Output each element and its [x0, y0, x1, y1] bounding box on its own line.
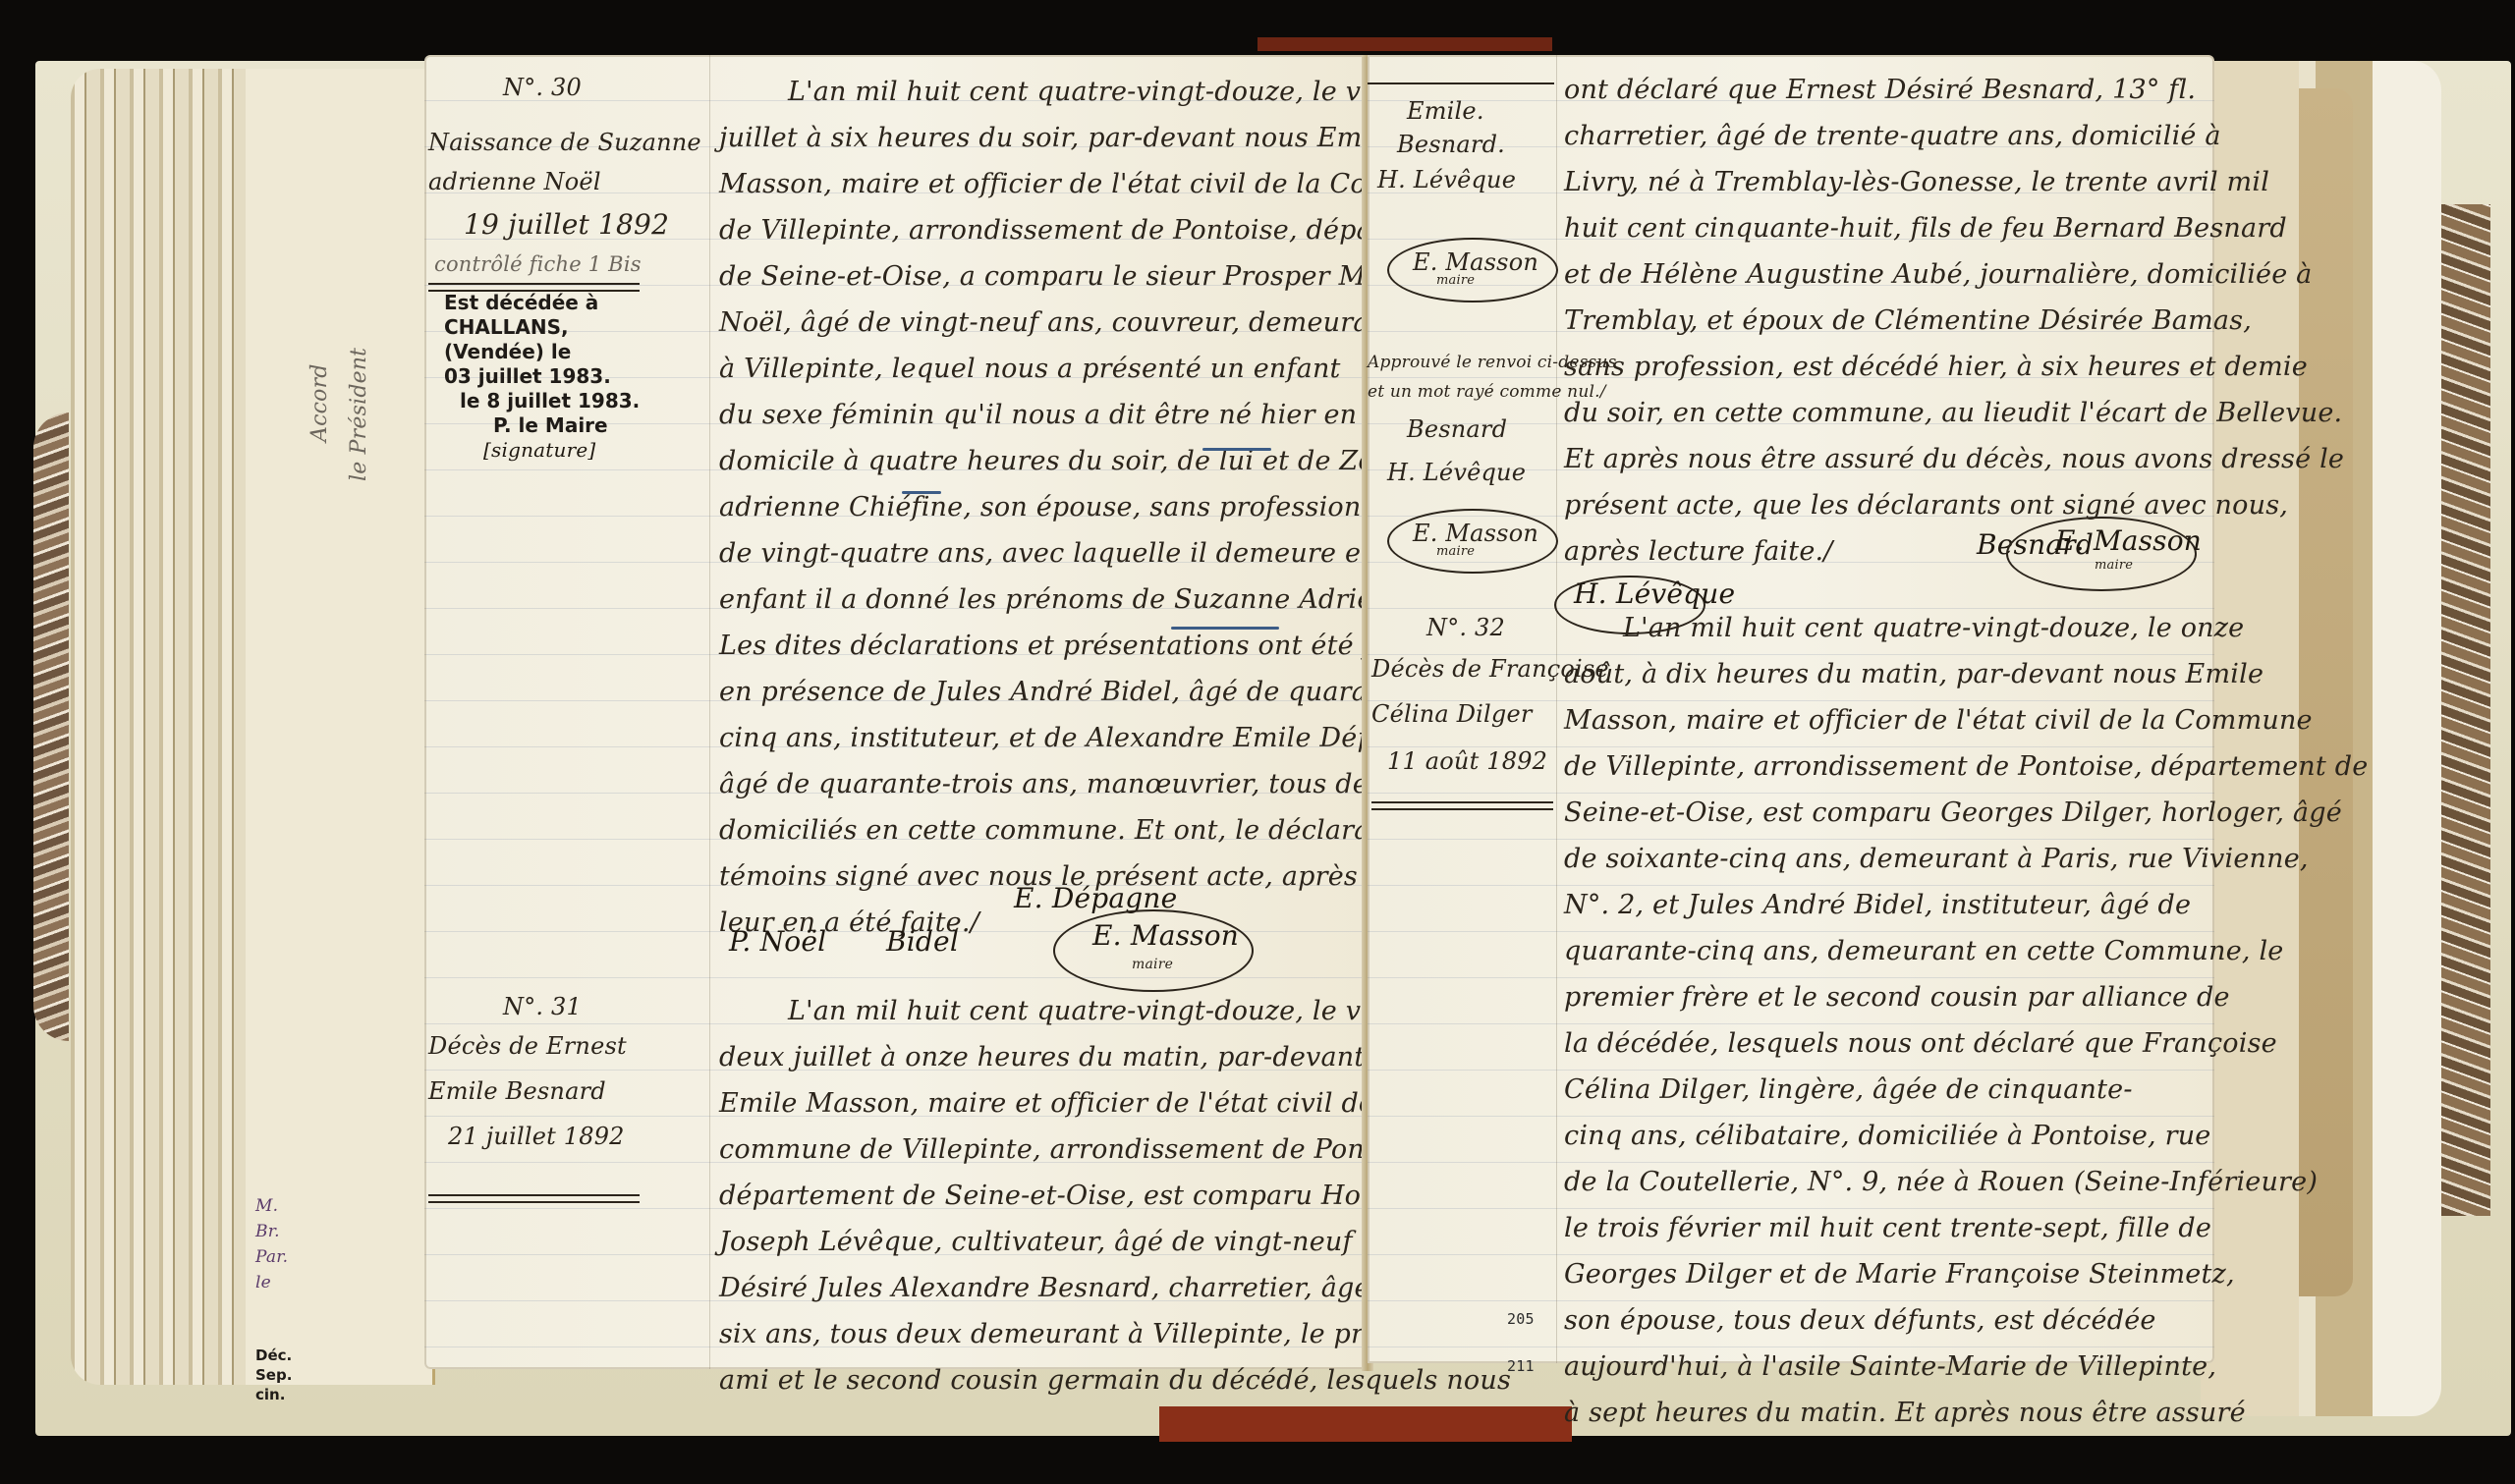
scanned-register: Accord le Président M. Br. Par. le Déc. …: [0, 0, 2515, 1484]
act-line: Livry, né à Tremblay-lès-Gonesse, le tre…: [1564, 159, 2344, 205]
tab-note-line: Par.: [255, 1244, 288, 1270]
death-mention-line: (Vendée) le: [444, 340, 640, 364]
act-line: son épouse, tous deux défunts, est décéd…: [1564, 1297, 2368, 1344]
act-line: du soir, en cette commune, au lieudit l'…: [1564, 390, 2344, 436]
act-line: huit cent cinquante-huit, fils de feu Be…: [1564, 205, 2344, 251]
spine-bottom: [1159, 1406, 1572, 1442]
act-line: Et après nous être assuré du décès, nous…: [1564, 436, 2344, 482]
act-32-date: 11 août 1892: [1387, 741, 1547, 782]
act-line: premier frère et le second cousin par al…: [1564, 974, 2368, 1020]
tab-note-line: Déc.: [255, 1346, 292, 1365]
margin-signature-masson: E. Masson: [1413, 242, 1538, 283]
act-line: sans profession, est décédé hier, à six …: [1564, 344, 2344, 390]
signature-maire-label: maire: [2095, 558, 2133, 573]
page-number-stamp-lower: 211: [1507, 1357, 1535, 1375]
act-line: la décédée, lesquels nous ont déclaré qu…: [1564, 1020, 2368, 1067]
act-30-control-note: contrôlé fiche 1 Bis: [434, 244, 642, 285]
act-line: L'an mil huit cent quatre-vingt-douze, l…: [1564, 605, 2368, 651]
act-30-date: 19 juillet 1892: [464, 204, 669, 246]
act-line: cinq ans, célibataire, domiciliée à Pont…: [1564, 1113, 2368, 1159]
act-30-title-line2: adrienne Noël: [428, 161, 601, 202]
act-line: Masson, maire et officier de l'état civi…: [1564, 697, 2368, 743]
pencil-note-2: le Président: [339, 348, 380, 481]
margin-rule: [709, 55, 710, 1369]
tab-note-line: Sep.: [255, 1365, 292, 1385]
signature-masson: E. Masson: [2055, 524, 2202, 557]
act-30-title-line1: Naissance de Suzanne: [428, 122, 701, 163]
blue-pencil-mark: [902, 491, 941, 494]
act-line: Célina Dilger, lingère, âgée de cinquant…: [1564, 1067, 2368, 1113]
previous-page-edge: Accord le Président M. Br. Par. le Déc. …: [246, 69, 435, 1385]
act-line: après lecture faite./: [1564, 528, 2344, 575]
act-line: présent acte, que les déclarants ont sig…: [1564, 482, 2344, 528]
act-line: de soixante-cinq ans, demeurant à Paris,…: [1564, 836, 2368, 882]
death-mention-line: 03 juillet 1983.: [444, 364, 640, 389]
tab-note-line: cin.: [255, 1385, 292, 1404]
act-32-number: N°. 32: [1426, 607, 1505, 648]
act-line: Tremblay, et époux de Clémentine Désirée…: [1564, 298, 2344, 344]
act-line: août, à dix heures du matin, par-devant …: [1564, 651, 2368, 697]
marbled-endpaper-right: [2441, 204, 2490, 1216]
act-line: N°. 2, et Jules André Bidel, instituteur…: [1564, 882, 2368, 928]
act-line: de Villepinte, arrondissement de Pontois…: [1564, 743, 2368, 790]
margin-divider: [428, 1194, 640, 1203]
act-31-number: N°. 31: [503, 986, 582, 1027]
marbled-endpaper-left: [33, 412, 69, 1041]
spine-top: [1257, 37, 1552, 51]
tab-note-line: M.: [255, 1193, 288, 1219]
death-mention-line: P. le Maire: [444, 413, 640, 438]
act-line: Georges Dilger et de Marie Françoise Ste…: [1564, 1251, 2368, 1297]
act-line: aujourd'hui, à l'asile Sainte-Marie de V…: [1564, 1344, 2368, 1390]
page-number-stamp: 205: [1507, 1310, 1535, 1328]
death-mention: Est décédée à CHALLANS, (Vendée) le 03 j…: [444, 291, 640, 462]
act-line: charretier, âgé de trente-quatre ans, do…: [1564, 113, 2344, 159]
act-31-date: 21 juillet 1892: [448, 1116, 625, 1157]
act-31-continued-body: ont déclaré que Ernest Désiré Besnard, 1…: [1564, 67, 2344, 575]
act-32-body: L'an mil huit cent quatre-vingt-douze, l…: [1564, 605, 2368, 1436]
act-32-title-line2: Célina Dilger: [1371, 693, 1533, 735]
act-line: le trois février mil huit cent trente-se…: [1564, 1205, 2368, 1251]
act-line: de la Coutellerie, N°. 9, née à Rouen (S…: [1564, 1159, 2368, 1205]
signature-maire-label: maire: [1436, 544, 1475, 559]
pencil-note-1: Accord: [300, 363, 341, 442]
margin-rule: [1556, 55, 1557, 1363]
act-30-number: N°. 30: [503, 67, 582, 108]
death-mention-line: le 8 juillet 1983.: [444, 389, 640, 413]
act-line: ont déclaré que Ernest Désiré Besnard, 1…: [1564, 67, 2344, 113]
death-mention-signature: [signature]: [444, 438, 640, 462]
margin-divider: [1371, 801, 1553, 810]
approval-signature-masson: E. Masson: [1413, 513, 1538, 554]
tab-note-black: Déc. Sep. cin.: [255, 1346, 292, 1404]
blue-pencil-mark: [1171, 627, 1279, 630]
signature-maire-label: maire: [1132, 957, 1173, 972]
signature-bidel: Bidel: [886, 925, 959, 958]
death-mention-line: Est décédée à: [444, 291, 640, 315]
approval-signature-besnard: Besnard: [1407, 409, 1507, 450]
approval-signature-leveque: H. Lévêque: [1387, 452, 1526, 493]
left-page: N°. 30 Naissance de Suzanne adrienne Noë…: [424, 55, 1368, 1369]
signature-masson: E. Masson: [1092, 919, 1239, 952]
act-31-title-line2: Emile Besnard: [428, 1071, 606, 1112]
margin-divider: [1368, 82, 1554, 89]
blue-pencil-mark: [1202, 448, 1271, 451]
act-31-title-line1: Décès de Ernest: [428, 1025, 627, 1067]
tab-note-line: le: [255, 1270, 288, 1295]
act-line: et de Hélène Augustine Aubé, journalière…: [1564, 251, 2344, 298]
act-line: à sept heures du matin. Et après nous êt…: [1564, 1390, 2368, 1436]
right-page: Emile. Besnard. H. Lévêque E. Masson mai…: [1368, 55, 2214, 1363]
tab-note-purple: M. Br. Par. le: [255, 1193, 288, 1295]
act-line: quarante-cinq ans, demeurant en cette Co…: [1564, 928, 2368, 974]
signature-noel: P. Noël: [729, 925, 826, 958]
margin-signature-leveque: H. Lévêque: [1377, 159, 1516, 200]
act-line: ami et le second cousin germain du décéd…: [719, 1357, 1511, 1403]
signature-maire-label: maire: [1436, 273, 1475, 288]
death-mention-line: CHALLANS,: [444, 315, 640, 340]
tab-note-line: Br.: [255, 1219, 288, 1244]
act-line: Seine-et-Oise, est comparu Georges Dilge…: [1564, 790, 2368, 836]
